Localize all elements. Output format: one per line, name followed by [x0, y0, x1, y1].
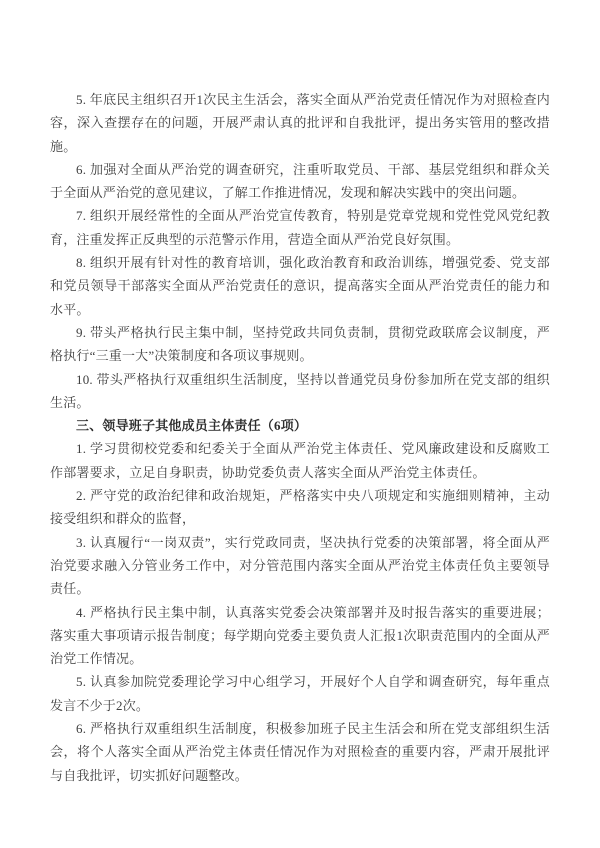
document-body: 5. 年底民主组织召开1次民主生活会，落实全面从严治党责任情况作为对照检查内容，… — [50, 88, 550, 787]
sec3-item-4: 4. 严格执行民主集中制，认真落实党委会决策部署并及时报告落实的重要进展；落实重… — [50, 601, 550, 671]
sec2-item-9: 9. 带头严格执行民主集中制，坚持党政共同负责制，贯彻党政联席会议制度，严格执行… — [50, 321, 550, 368]
sec3-item-2: 2. 严守党的政治纪律和政治规矩，严格落实中央八项规定和实施细则精神，主动接受组… — [50, 484, 550, 531]
sec2-item-5: 5. 年底民主组织召开1次民主生活会，落实全面从严治党责任情况作为对照检查内容，… — [50, 88, 550, 158]
sec3-item-6: 6. 严格执行双重组织生活制度，积极参加班子民主生活会和所在党支部组织生活会，将… — [50, 717, 550, 787]
sec2-item-7: 7. 组织开展经常性的全面从严治党宣传教育，特别是党章党规和党性党风党纪教育，注… — [50, 204, 550, 251]
sec2-item-10: 10. 带头严格执行双重组织生活制度，坚持以普通党员身份参加所在党支部的组织生活… — [50, 368, 550, 415]
section-3-heading: 三、领导班子其他成员主体责任（6项） — [50, 414, 550, 437]
document-page: 5. 年底民主组织召开1次民主生活会，落实全面从严治党责任情况作为对照检查内容，… — [0, 0, 600, 848]
sec3-item-5: 5. 认真参加院党委理论学习中心组学习，开展好个人自学和调查研究，每年重点发言不… — [50, 670, 550, 717]
sec3-item-3: 3. 认真履行“一岗双责”，实行党政同责，坚决执行党委的决策部署，将全面从严治党… — [50, 531, 550, 601]
sec3-item-1: 1. 学习贯彻校党委和纪委关于全面从严治党主体责任、党风廉政建设和反腐败工作部署… — [50, 437, 550, 484]
sec2-item-8: 8. 组织开展有针对性的教育培训，强化政治教育和政治训练，增强党委、党支部和党员… — [50, 251, 550, 321]
sec2-item-6: 6. 加强对全面从严治党的调查研究，注重听取党员、干部、基层党组织和群众关于全面… — [50, 158, 550, 205]
